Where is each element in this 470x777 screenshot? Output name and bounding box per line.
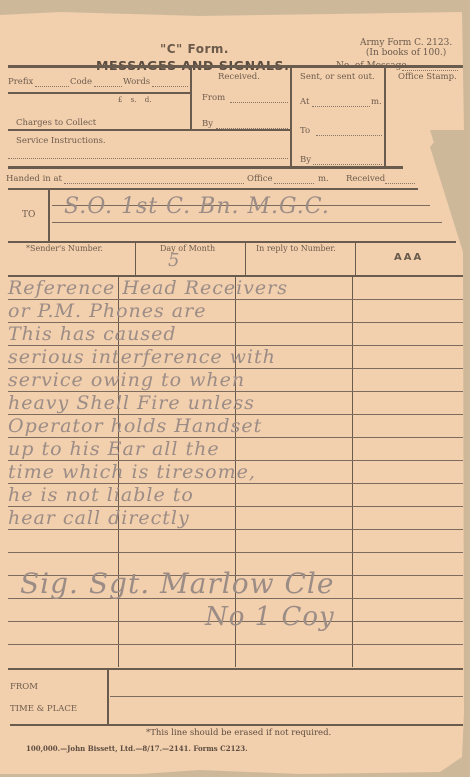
handed-in-label: Handed in at	[6, 174, 62, 184]
army-form-label: Army Form C. 2123.	[360, 38, 452, 48]
message-line: serious interference with	[8, 346, 276, 368]
divider	[107, 669, 109, 724]
divider	[135, 243, 136, 275]
office-time-field[interactable]	[274, 183, 314, 184]
received-from-label: From	[202, 93, 225, 103]
received-time-field[interactable]	[385, 183, 415, 184]
divider	[10, 724, 463, 726]
currency-labels: £ s. d.	[118, 96, 151, 104]
words-field[interactable]	[152, 86, 188, 87]
from-field[interactable]	[110, 696, 463, 697]
message-number-field[interactable]	[402, 70, 458, 71]
divider	[384, 67, 386, 167]
sent-title: Sent, or sent out.	[300, 72, 375, 82]
divider	[245, 243, 246, 275]
from-label: FROM	[10, 682, 38, 692]
divider	[8, 129, 290, 131]
sent-to-label: To	[300, 126, 310, 136]
message-line: or P.M. Phones are	[8, 300, 206, 322]
signature-unit: No 1 Coy	[205, 602, 335, 632]
sent-at-suffix: m.	[371, 97, 382, 107]
sent-by-label: By	[300, 155, 311, 165]
message-line: service owing to when	[8, 369, 245, 391]
divider	[8, 668, 463, 670]
office-stamp-label: Office Stamp.	[398, 72, 457, 82]
m-label: m.	[318, 174, 329, 184]
divider	[290, 67, 292, 167]
message-line: he is not liable to	[8, 484, 194, 506]
day-of-month-value: 5	[168, 250, 180, 271]
handed-in-field[interactable]	[64, 183, 244, 184]
handwritten-to: S.O. 1st C. Bn. M.G.C.	[64, 194, 330, 219]
books-note: (In books of 100.)	[360, 48, 452, 58]
sent-at-label: At	[300, 97, 309, 107]
message-line: heavy Shell Fire unless	[8, 392, 255, 414]
code-field[interactable]	[94, 86, 122, 87]
to-line	[52, 222, 442, 223]
divider	[355, 243, 356, 275]
divider	[8, 188, 418, 190]
service-instructions-field[interactable]	[8, 158, 288, 159]
sent-at-field[interactable]	[312, 106, 370, 107]
message-line: up to his Ear all the	[8, 438, 220, 460]
ruled-line	[8, 552, 463, 553]
ruled-line	[8, 644, 463, 645]
received-by-label: By	[202, 119, 213, 129]
sent-to-field[interactable]	[316, 135, 382, 136]
erase-note: *This line should be erased if not requi…	[146, 728, 331, 738]
sent-by-field[interactable]	[313, 164, 382, 165]
message-line: Operator holds Handset	[8, 415, 262, 437]
prefix-field[interactable]	[35, 86, 69, 87]
ruled-line	[8, 529, 463, 530]
message-line: This has caused	[8, 323, 177, 345]
message-line: hear call directly	[8, 507, 190, 529]
army-form-number: Army Form C. 2123. (In books of 100.)	[360, 38, 452, 58]
received-by-field[interactable]	[216, 128, 288, 129]
service-instructions-label: Service Instructions.	[16, 136, 106, 146]
received-title: Received.	[218, 72, 260, 82]
message-line: Reference Head Receivers	[8, 277, 288, 299]
divider	[8, 65, 463, 68]
words-label: Words	[123, 77, 150, 87]
divider	[190, 67, 192, 130]
divider	[8, 166, 403, 169]
received-label: Received	[346, 174, 385, 184]
signature-line: Sig. Sgt. Marlow Cle	[20, 567, 334, 600]
divider	[8, 241, 456, 243]
charges-label: Charges to Collect	[16, 118, 96, 128]
office-label: Office	[247, 174, 273, 184]
divider	[8, 92, 190, 94]
aaa-label: AAA	[394, 252, 423, 263]
message-form-paper: "C" Form. MESSAGES AND SIGNALS. Army For…	[0, 12, 466, 774]
grid-column-divider	[352, 277, 353, 667]
senders-number-label: *Sender's Number.	[26, 244, 103, 253]
prefix-label: Prefix	[8, 77, 33, 87]
in-reply-label: In reply to Number.	[256, 244, 336, 253]
printer-line: 100,000.—John Bissett, Ltd.—8/17.—2141. …	[26, 744, 248, 753]
time-place-label: TIME & PLACE	[10, 704, 77, 714]
code-label: Code	[70, 77, 92, 87]
form-name: "C" Form.	[160, 42, 229, 56]
divider	[48, 190, 50, 242]
received-from-field[interactable]	[230, 102, 288, 103]
message-line: time which is tiresome,	[8, 461, 256, 483]
to-label: TO	[22, 210, 35, 220]
